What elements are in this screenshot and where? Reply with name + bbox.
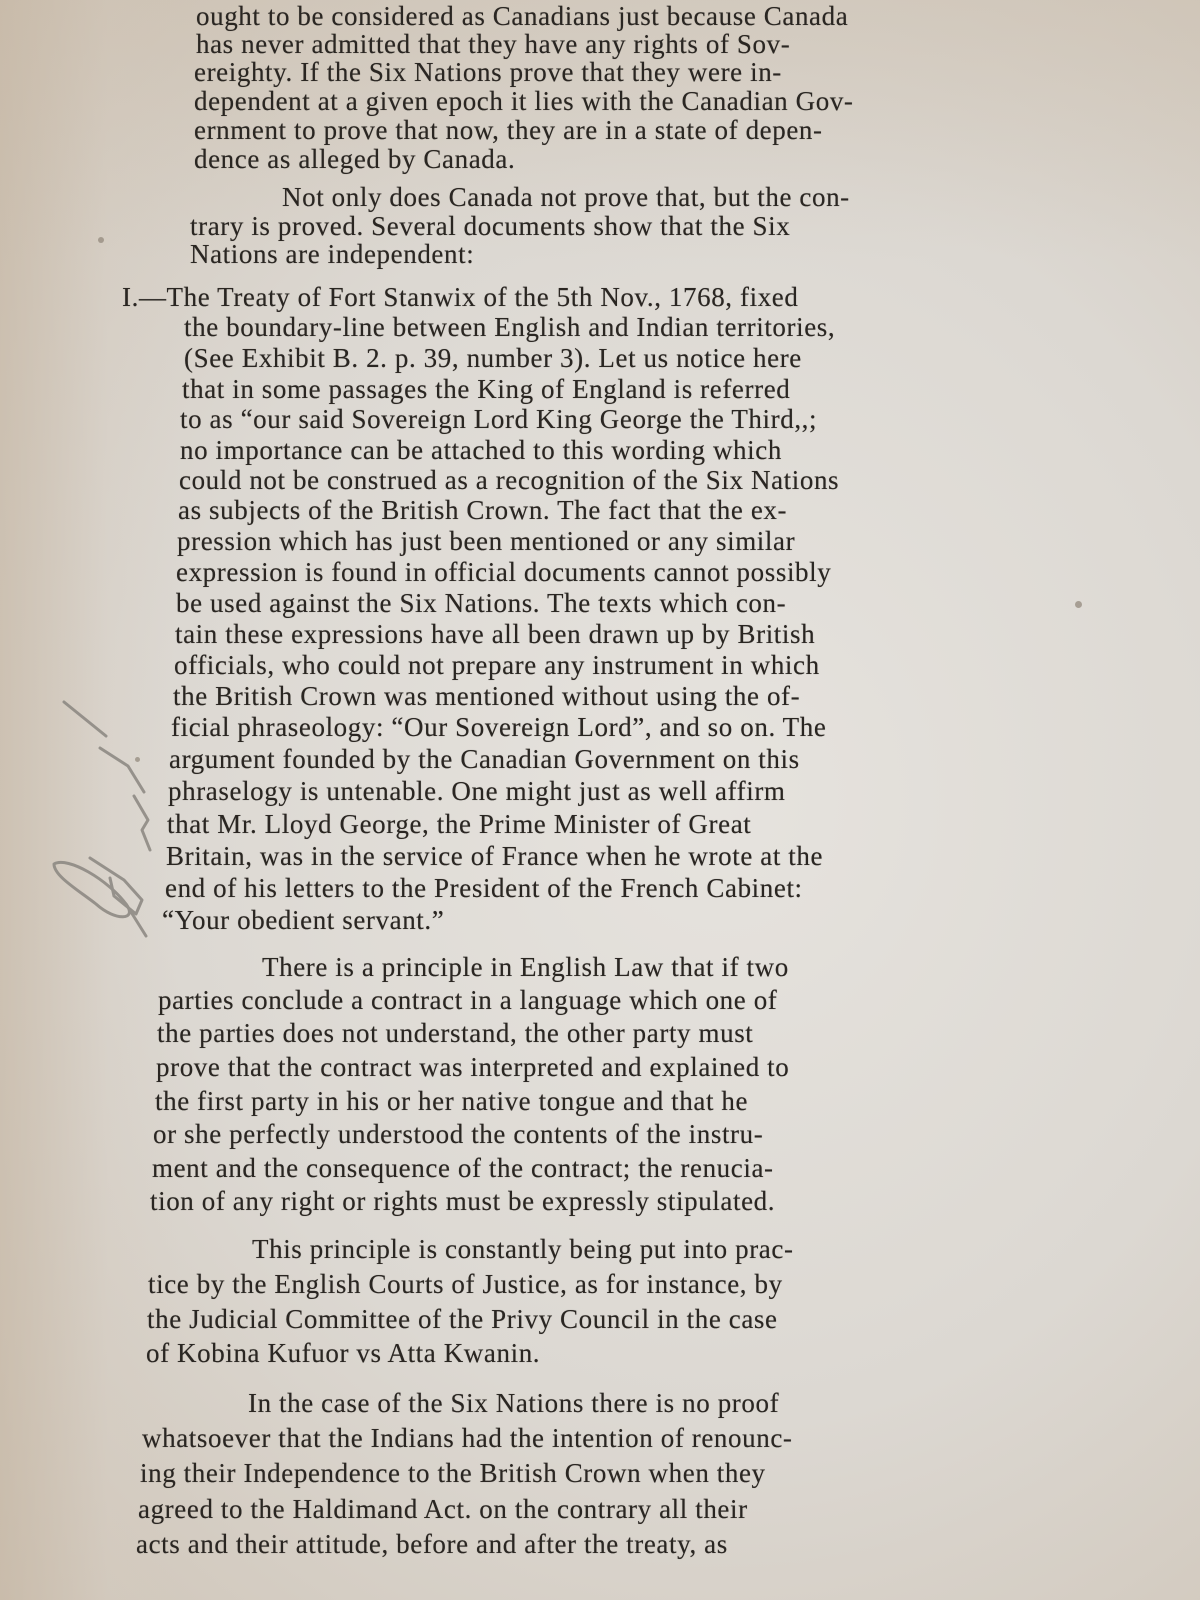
text-line: expression is found in official document… — [176, 559, 831, 586]
text-line: dependent at a given epoch it lies with … — [194, 88, 854, 115]
text-line: pression which has just been mentioned o… — [177, 528, 795, 555]
text-line: argument founded by the Canadian Governm… — [169, 746, 800, 773]
text-line: acts and their attitude, before and afte… — [136, 1531, 728, 1558]
text-line: agreed to the Haldimand Act. on the cont… — [138, 1496, 748, 1523]
text-line: the first party in his or her native ton… — [155, 1088, 748, 1115]
text-line: ing their Independence to the British Cr… — [140, 1460, 766, 1487]
text-line: no importance can be attached to this wo… — [180, 437, 782, 464]
paper-speck — [98, 237, 104, 243]
list-item-first-line: I.—The Treaty of Fort Stanwix of the 5th… — [122, 284, 799, 311]
text-line: that in some passages the King of Englan… — [182, 376, 790, 403]
text-line: end of his letters to the President of t… — [165, 875, 803, 902]
text-line: the Judicial Committee of the Privy Coun… — [147, 1306, 778, 1333]
text-line: phraselogy is untenable. One might just … — [168, 778, 786, 805]
text-line: ficial phraseology: “Our Sovereign Lord”… — [171, 714, 826, 741]
text-line: (See Exhibit B. 2. p. 39, number 3). Let… — [184, 345, 802, 372]
paper-speck — [1075, 601, 1082, 608]
text-line: Not only does Canada not prove that, but… — [282, 184, 850, 211]
text-line: the boundary-line between English and In… — [184, 314, 835, 341]
text-line: dence as alleged by Canada. — [194, 146, 515, 173]
text-line: officials, who could not prepare any ins… — [174, 652, 820, 679]
text-line: “Your obedient servant.” — [162, 907, 444, 934]
text-line: trary is proved. Several documents show … — [190, 213, 790, 240]
text-line: the parties does not understand, the oth… — [157, 1020, 753, 1047]
text-line: ernment to prove that now, they are in a… — [194, 117, 823, 144]
text-line: be used against the Six Nations. The tex… — [176, 590, 786, 617]
text-line: the British Crown was mentioned without … — [173, 683, 800, 710]
text-line: tain these expressions have all been dra… — [175, 621, 815, 648]
text-line: This principle is constantly being put i… — [252, 1236, 794, 1263]
text-line: tice by the English Courts of Justice, a… — [148, 1271, 783, 1298]
text-line: There is a principle in English Law that… — [262, 954, 789, 981]
text-line: Nations are independent: — [190, 241, 474, 268]
text-line: as subjects of the British Crown. The fa… — [178, 497, 787, 524]
text-line: tion of any right or rights must be expr… — [150, 1188, 775, 1215]
text-line: prove that the contract was interpreted … — [156, 1054, 789, 1081]
text-line: or she perfectly understood the contents… — [153, 1121, 763, 1148]
text-line: ment and the consequence of the contract… — [152, 1155, 774, 1182]
text-line: could not be construed as a recognition … — [179, 467, 839, 494]
text-line: ereighty. If the Six Nations prove that … — [194, 59, 782, 86]
text-line: ought to be considered as Canadians just… — [196, 3, 1022, 30]
text-line: Britain, was in the service of France wh… — [166, 843, 823, 870]
text-line: of Kobina Kufuor vs Atta Kwanin. — [146, 1340, 540, 1367]
text-line: that Mr. Lloyd George, the Prime Ministe… — [167, 811, 751, 838]
handwritten-signature-icon — [50, 700, 170, 940]
text-line: has never admitted that they have any ri… — [196, 31, 790, 58]
text-line: In the case of the Six Nations there is … — [248, 1390, 779, 1417]
text-line: whatsoever that the Indians had the inte… — [142, 1425, 793, 1452]
text-line: parties conclude a contract in a languag… — [158, 987, 777, 1014]
text-line: to as “our said Sovereign Lord King Geor… — [180, 406, 817, 433]
